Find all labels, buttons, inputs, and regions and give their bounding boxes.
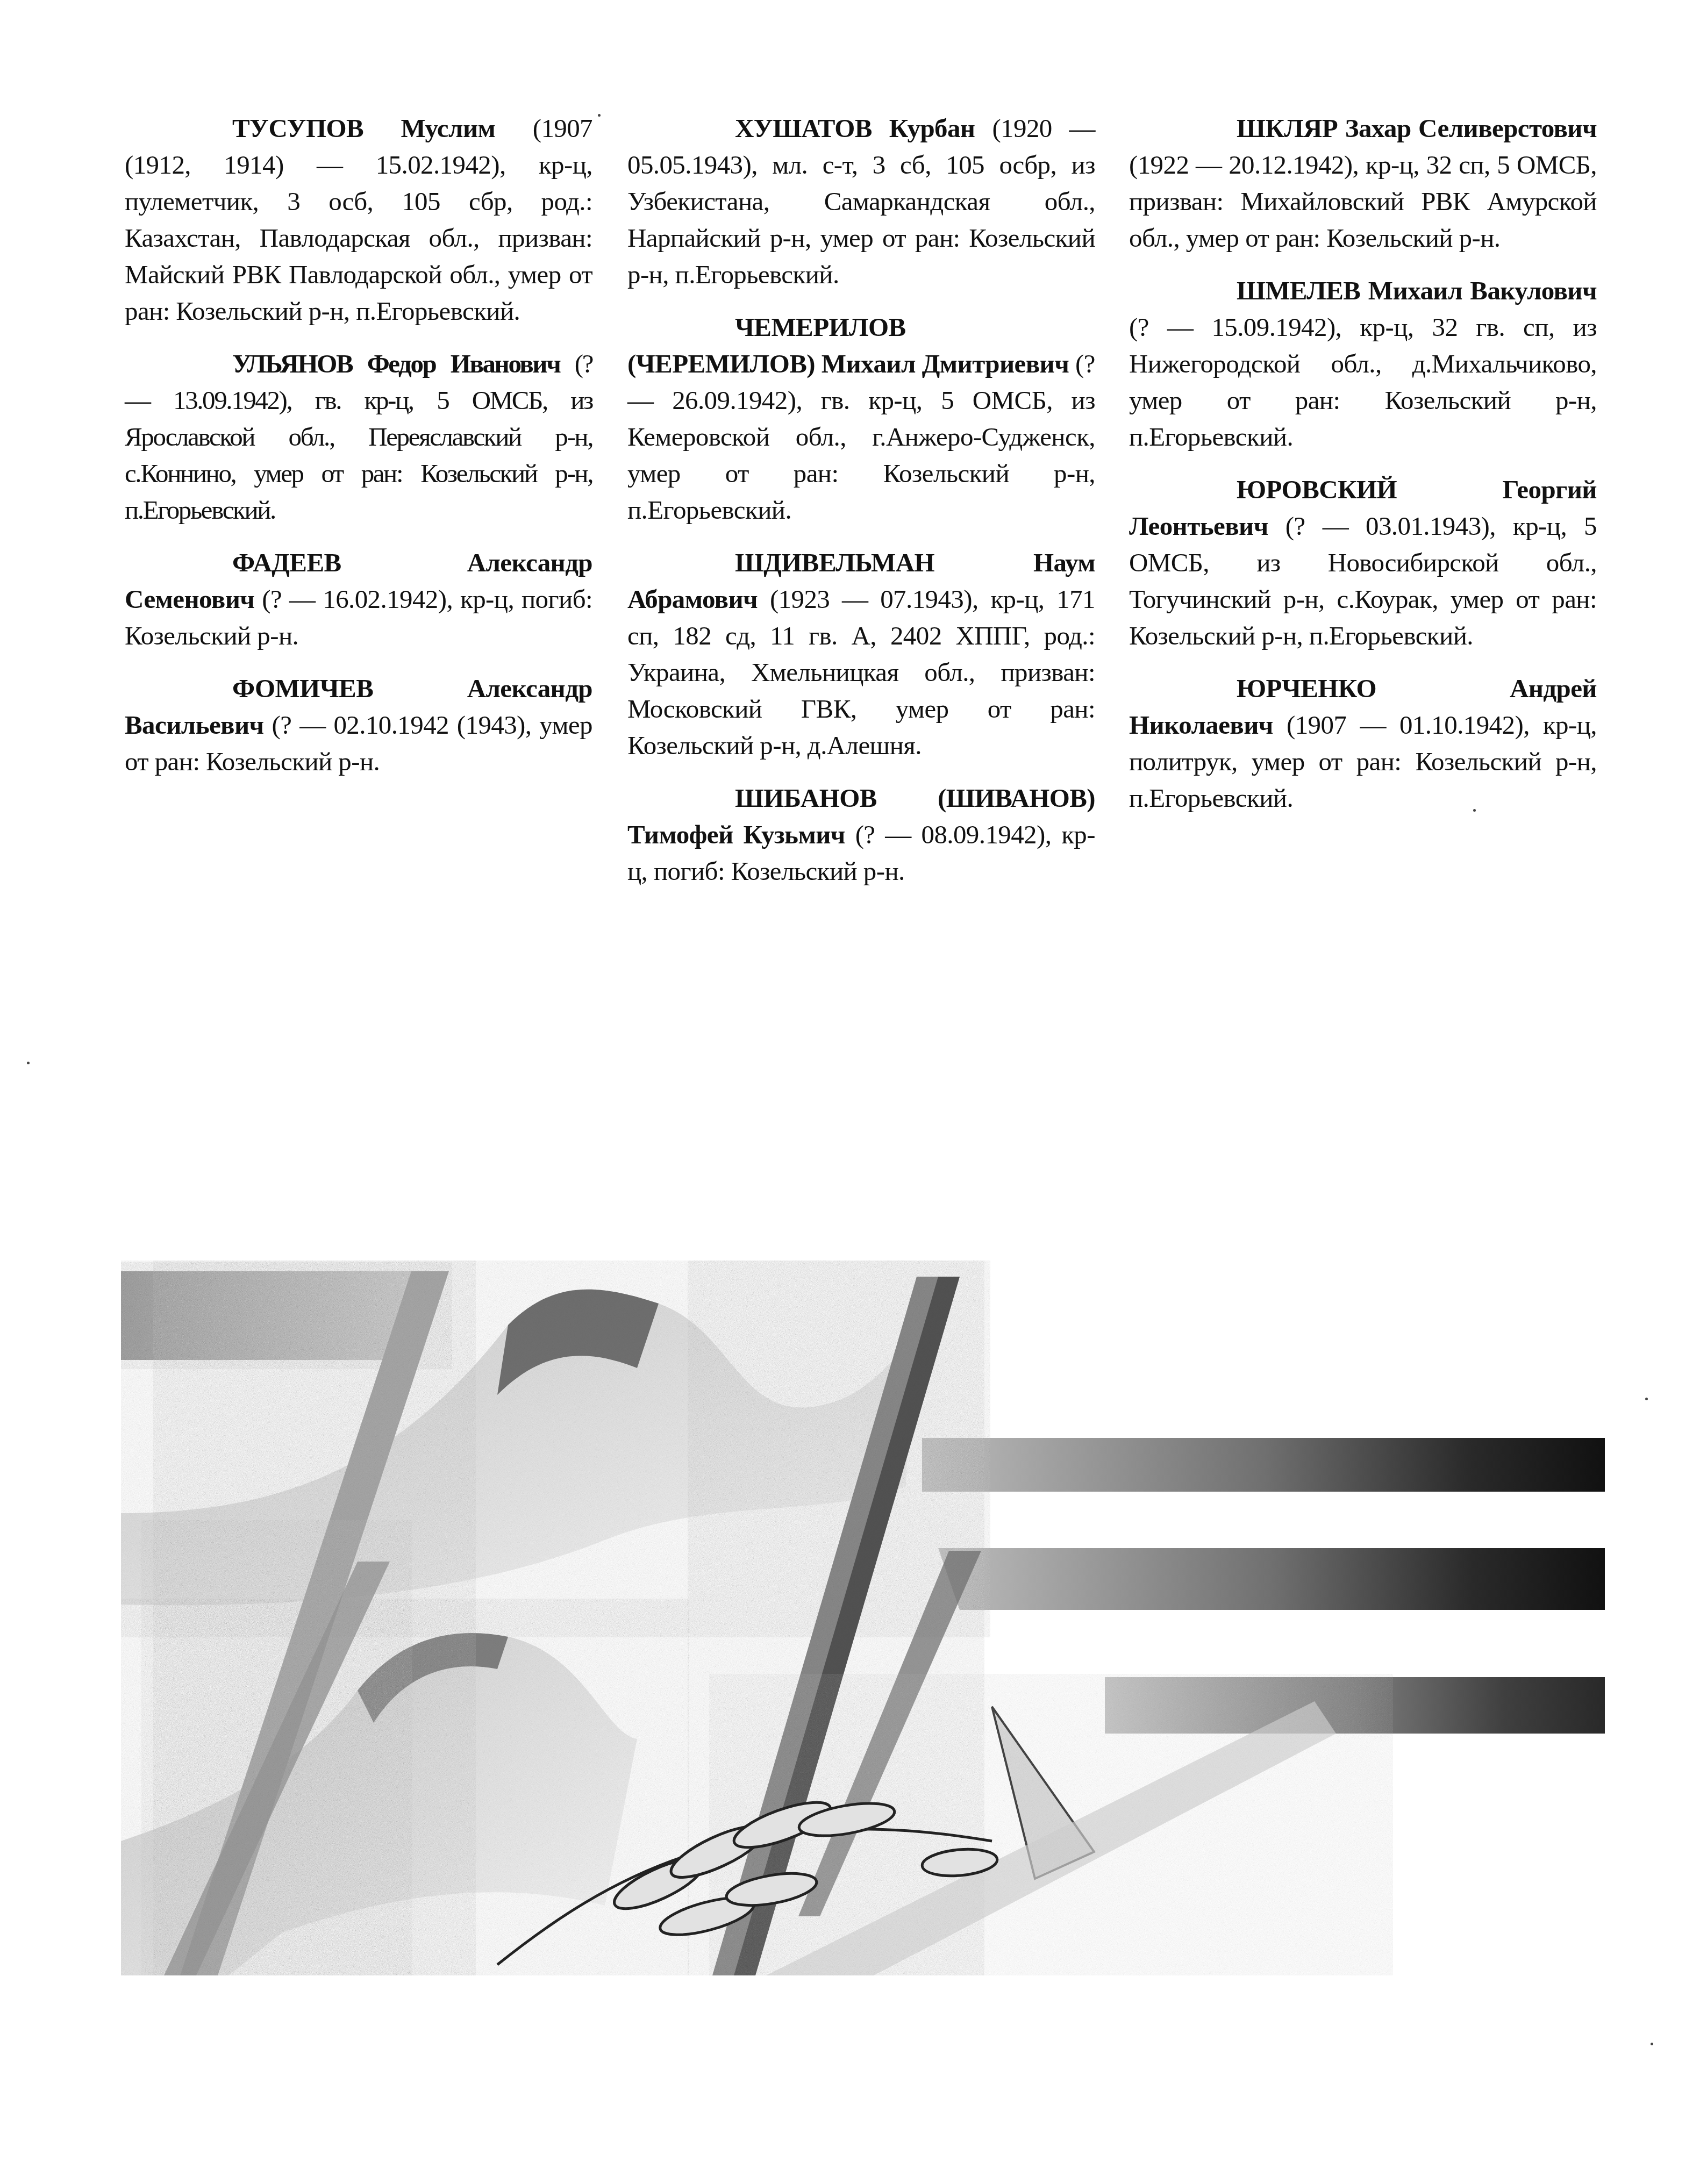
scan-speck: [27, 1062, 30, 1064]
entry-surname: ФОМИЧЕВ: [232, 674, 373, 703]
entry-yurchenko: ЮРЧЕНКО Андрей Николаевич (1907 — 01.10.…: [1129, 670, 1597, 817]
scan-speck: [598, 114, 601, 117]
entry-fomichev: ФОМИЧЕВ Александр Васильевич (? — 02.10.…: [125, 670, 592, 780]
flags-ribbon-laurel-icon: [121, 1261, 1605, 1975]
entry-tusupov: ТУСУПОВ Муслим (1907 (1912, 1914) — 15.0…: [125, 110, 592, 330]
entry-surname: ФАДЕЕВ: [232, 548, 341, 577]
entry-surname: ШКЛЯР: [1237, 113, 1338, 143]
entry-chemerilov: ЧЕМЕРИЛОВ (ЧЕРЕМИЛОВ) Михаил Дмитриевич …: [627, 309, 1095, 528]
decorative-flags-illustration: [121, 1261, 1605, 1975]
entry-ulyanov: УЛЬЯНОВ Федор Иванович (? — 13.09.1942),…: [125, 346, 592, 528]
entry-shdivelman: ШДИВЕЛЬМАН Наум Абрамович (1923 — 07.194…: [627, 545, 1095, 764]
entry-shmelev: ШМЕЛЕВ Михаил Вакулович (? — 15.09.1942)…: [1129, 273, 1597, 455]
entry-given-name: Михаил Дмитриевич: [822, 349, 1069, 378]
entry-yurovsky: ЮРОВСКИЙ Георгий Леонтьевич (? — 03.01.1…: [1129, 471, 1597, 654]
entry-surname: УЛЬЯНОВ: [232, 349, 352, 378]
column-3: ШКЛЯР Захар Селиверстович (1922 — 20.12.…: [1129, 110, 1597, 833]
entry-surname: ТУСУПОВ: [232, 113, 363, 143]
memorial-list: ТУСУПОВ Муслим (1907 (1912, 1914) — 15.0…: [125, 110, 1613, 841]
entry-details: (1907 (1912, 1914) — 15.02.1942), кр-ц, …: [125, 113, 592, 326]
scan-speck: [1645, 1398, 1648, 1400]
entry-details: (1922 — 20.12.1942), кр-ц, 32 сп, 5 ОМСБ…: [1129, 150, 1597, 253]
entry-surname: ХУШАТОВ: [735, 113, 872, 143]
entry-shibanov: ШИБАНОВ (ШИВАНОВ) Тимофей Кузьмич (? — 0…: [627, 780, 1095, 890]
entry-surname: ЮРОВСКИЙ: [1237, 475, 1397, 504]
entry-surname: ШДИВЕЛЬМАН: [735, 548, 934, 577]
entry-details: (? — 15.09.1942), кр-ц, 32 гв. сп, из Ни…: [1129, 312, 1597, 452]
scan-speck: [1473, 809, 1476, 812]
entry-surname: ШМЕЛЕВ: [1237, 276, 1360, 305]
entry-given-name: Тимофей Кузьмич: [627, 820, 845, 849]
entry-given-name: Михаил Вакулович: [1368, 276, 1597, 305]
scan-speck: [1651, 2043, 1653, 2045]
entry-khushatov: ХУШАТОВ Курбан (1920 — 05.05.1943), мл. …: [627, 110, 1095, 293]
entry-given-name: Федор Иванович: [367, 349, 560, 378]
entry-shklyar: ШКЛЯР Захар Селиверстович (1922 — 20.12.…: [1129, 110, 1597, 256]
entry-fadeev: ФАДЕЕВ Александр Семенович (? — 16.02.19…: [125, 545, 592, 654]
column-1: ТУСУПОВ Муслим (1907 (1912, 1914) — 15.0…: [125, 110, 592, 796]
entry-given-name: Захар Селиверстович: [1345, 113, 1597, 143]
entry-given-name: Курбан: [889, 113, 975, 143]
entry-given-name: Муслим: [401, 113, 495, 143]
entry-surname: ШИБАНОВ (ШИВАНОВ): [735, 783, 1095, 813]
entry-surname: ЮРЧЕНКО: [1237, 674, 1376, 703]
column-2: ХУШАТОВ Курбан (1920 — 05.05.1943), мл. …: [627, 110, 1095, 906]
